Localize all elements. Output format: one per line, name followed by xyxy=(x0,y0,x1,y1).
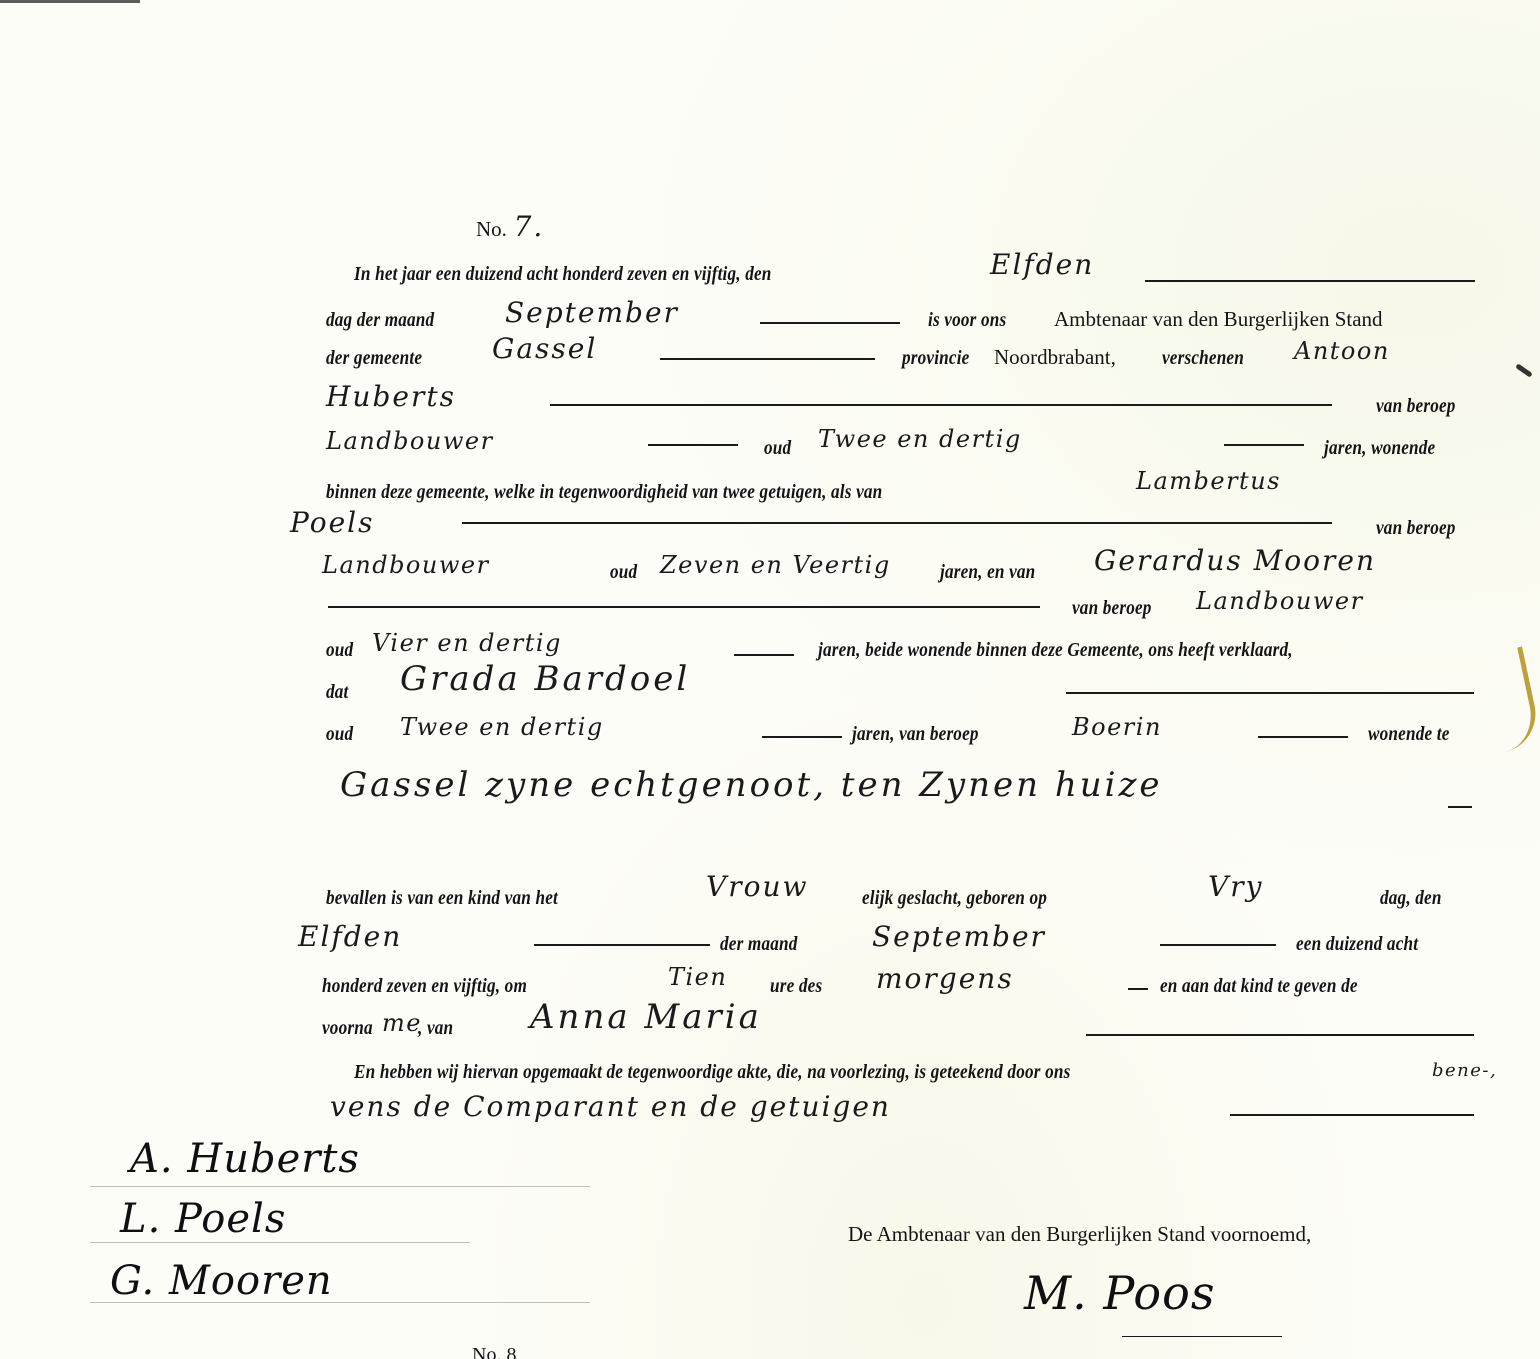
fill-line xyxy=(1448,806,1472,808)
printed-text: jaren, van beroep xyxy=(852,719,979,749)
fill-line xyxy=(534,944,710,946)
printed-text: van beroep xyxy=(1072,593,1152,623)
printed-roman-text: Noordbrabant, xyxy=(994,342,1116,372)
printed-text: verschenen xyxy=(1162,343,1244,373)
printed-text: elijk geslacht, geboren op xyxy=(862,883,1047,913)
hand-day: Elfden xyxy=(990,250,1094,282)
printed-text: van beroep xyxy=(1376,391,1456,421)
fill-line xyxy=(550,404,1332,406)
printed-roman-text: Ambtenaar van den Burgerlijken Stand xyxy=(1054,304,1383,334)
signature-father: A. Huberts xyxy=(130,1136,360,1182)
printed-text: een duizend acht xyxy=(1296,929,1418,959)
handwritten-birth-month: September xyxy=(872,922,1046,952)
record-number-label: No. xyxy=(476,214,507,244)
handwritten-father-firstname: Antoon xyxy=(1294,336,1390,366)
handwritten-mother-occupation: Boerin xyxy=(1072,712,1162,742)
record-number-value: 7. xyxy=(514,212,545,242)
printed-text: oud xyxy=(326,635,353,665)
printed-text: en aan dat kind te geven de xyxy=(1160,971,1358,1001)
handwritten-witness1-age: Zeven en Veertig xyxy=(660,550,891,580)
printed-text: dag der maand xyxy=(326,305,434,335)
fill-line xyxy=(328,606,1040,608)
handwritten-sex: Vrouw xyxy=(706,872,808,902)
signature-underline xyxy=(1122,1336,1282,1337)
handwritten-residence-clause: Gassel zyne echtgenoot, ten Zynen huize xyxy=(340,770,1163,800)
printed-text: En hebben wij hiervan opgemaakt de tegen… xyxy=(354,1057,1070,1087)
signature-line xyxy=(90,1186,590,1187)
fill-line xyxy=(1160,944,1276,946)
fill-line xyxy=(760,322,900,324)
fill-line xyxy=(660,358,875,360)
fill-line xyxy=(1066,692,1474,694)
line-1: In het jaar een duizend acht honderd zev… xyxy=(354,258,840,289)
handwritten-child-name: Anna Maria xyxy=(530,1002,762,1032)
official-title: De Ambtenaar van den Burgerlijken Stand … xyxy=(848,1222,1311,1247)
handwritten-witness2-age: Vier en dertig xyxy=(372,628,562,658)
fill-line xyxy=(1258,736,1348,738)
handwritten-time-of-day: morgens xyxy=(876,964,1014,994)
printed-text: dag, den xyxy=(1380,883,1442,913)
fill-line xyxy=(1128,988,1148,990)
printed-text: jaren, wonende xyxy=(1324,433,1435,463)
handwritten-municipality: Gassel xyxy=(492,334,597,364)
fill-line xyxy=(462,522,1332,524)
printed-text: provincie xyxy=(902,343,969,373)
printed-text: is voor ons xyxy=(928,305,1006,335)
printed-text: ure des xyxy=(770,971,822,1001)
printed-text: , van xyxy=(418,1013,453,1043)
handwritten-continuation: bene-, xyxy=(1432,1056,1497,1086)
fill-line xyxy=(1086,1034,1474,1036)
handwritten-mother-age: Twee en dertig xyxy=(400,712,604,742)
printed-text: binnen deze gemeente, welke in tegenwoor… xyxy=(326,477,882,507)
printed-text: jaren, beide wonende binnen deze Gemeent… xyxy=(818,635,1293,665)
page-edge-mark xyxy=(0,0,140,3)
handwritten-birth-day: Elfden xyxy=(298,922,402,952)
handwritten-witness1-firstname: Lambertus xyxy=(1136,466,1281,496)
printed-text: jaren, en van xyxy=(940,557,1035,587)
printed-text: bevallen is van een kind van het xyxy=(326,883,558,913)
printed-text: der maand xyxy=(720,929,798,959)
handwritten-month: September xyxy=(505,298,679,328)
signature-witness-1: L. Poels xyxy=(120,1196,286,1242)
handwritten-witness2-name: Gerardus Mooren xyxy=(1094,546,1376,576)
margin-mark xyxy=(1515,363,1533,377)
next-record-number: No. 8 xyxy=(472,1344,516,1359)
handwritten-signing-clause: vens de Comparant en de getuigen xyxy=(330,1092,891,1122)
fill-line xyxy=(648,444,738,446)
printed-text: oud xyxy=(764,433,791,463)
printed-text: voorna xyxy=(322,1013,373,1043)
printed-text: oud xyxy=(610,557,637,587)
printed-text: dat xyxy=(326,677,349,707)
handwritten-witness2-occupation: Landbouwer xyxy=(1196,586,1364,616)
handwritten-witness1-surname: Poels xyxy=(290,508,374,538)
handwritten-mother-name: Grada Bardoel xyxy=(400,664,690,694)
handwritten-father-age: Twee en dertig xyxy=(818,424,1022,454)
signature-line xyxy=(90,1242,470,1243)
handwritten-hour: Tien xyxy=(668,962,727,992)
printed-text: In het jaar een duizend acht honderd zev… xyxy=(354,259,772,289)
handwritten-day: Elfden xyxy=(990,250,1094,280)
printed-text: wonende te xyxy=(1368,719,1450,749)
record-number: No. 7. xyxy=(476,212,544,244)
line-2: dag der maand xyxy=(326,304,452,335)
fill-line xyxy=(734,654,794,656)
signature-witness-2: G. Mooren xyxy=(110,1258,333,1304)
printed-text: oud xyxy=(326,719,353,749)
handwritten-father-surname: Huberts xyxy=(326,382,456,412)
scanned-page: No. 7. In het jaar een duizend acht hond… xyxy=(0,0,1540,1359)
printed-text: honderd zeven en vijftig, om xyxy=(322,971,527,1001)
handwritten-occupation: Landbouwer xyxy=(326,426,494,456)
fill-line xyxy=(1224,444,1304,446)
printed-text: van beroep xyxy=(1376,513,1456,543)
fill-line xyxy=(762,736,842,738)
official-signature: M. Poos xyxy=(1024,1266,1215,1320)
printed-text: der gemeente xyxy=(326,343,422,373)
fill-line xyxy=(1145,280,1475,282)
fill-line xyxy=(1230,1114,1474,1116)
handwritten-insertion: me xyxy=(382,1008,422,1038)
binding-ribbon xyxy=(1478,646,1540,753)
handwritten-witness1-occupation: Landbouwer xyxy=(322,550,490,580)
handwritten-weekday: Vry xyxy=(1208,872,1263,902)
